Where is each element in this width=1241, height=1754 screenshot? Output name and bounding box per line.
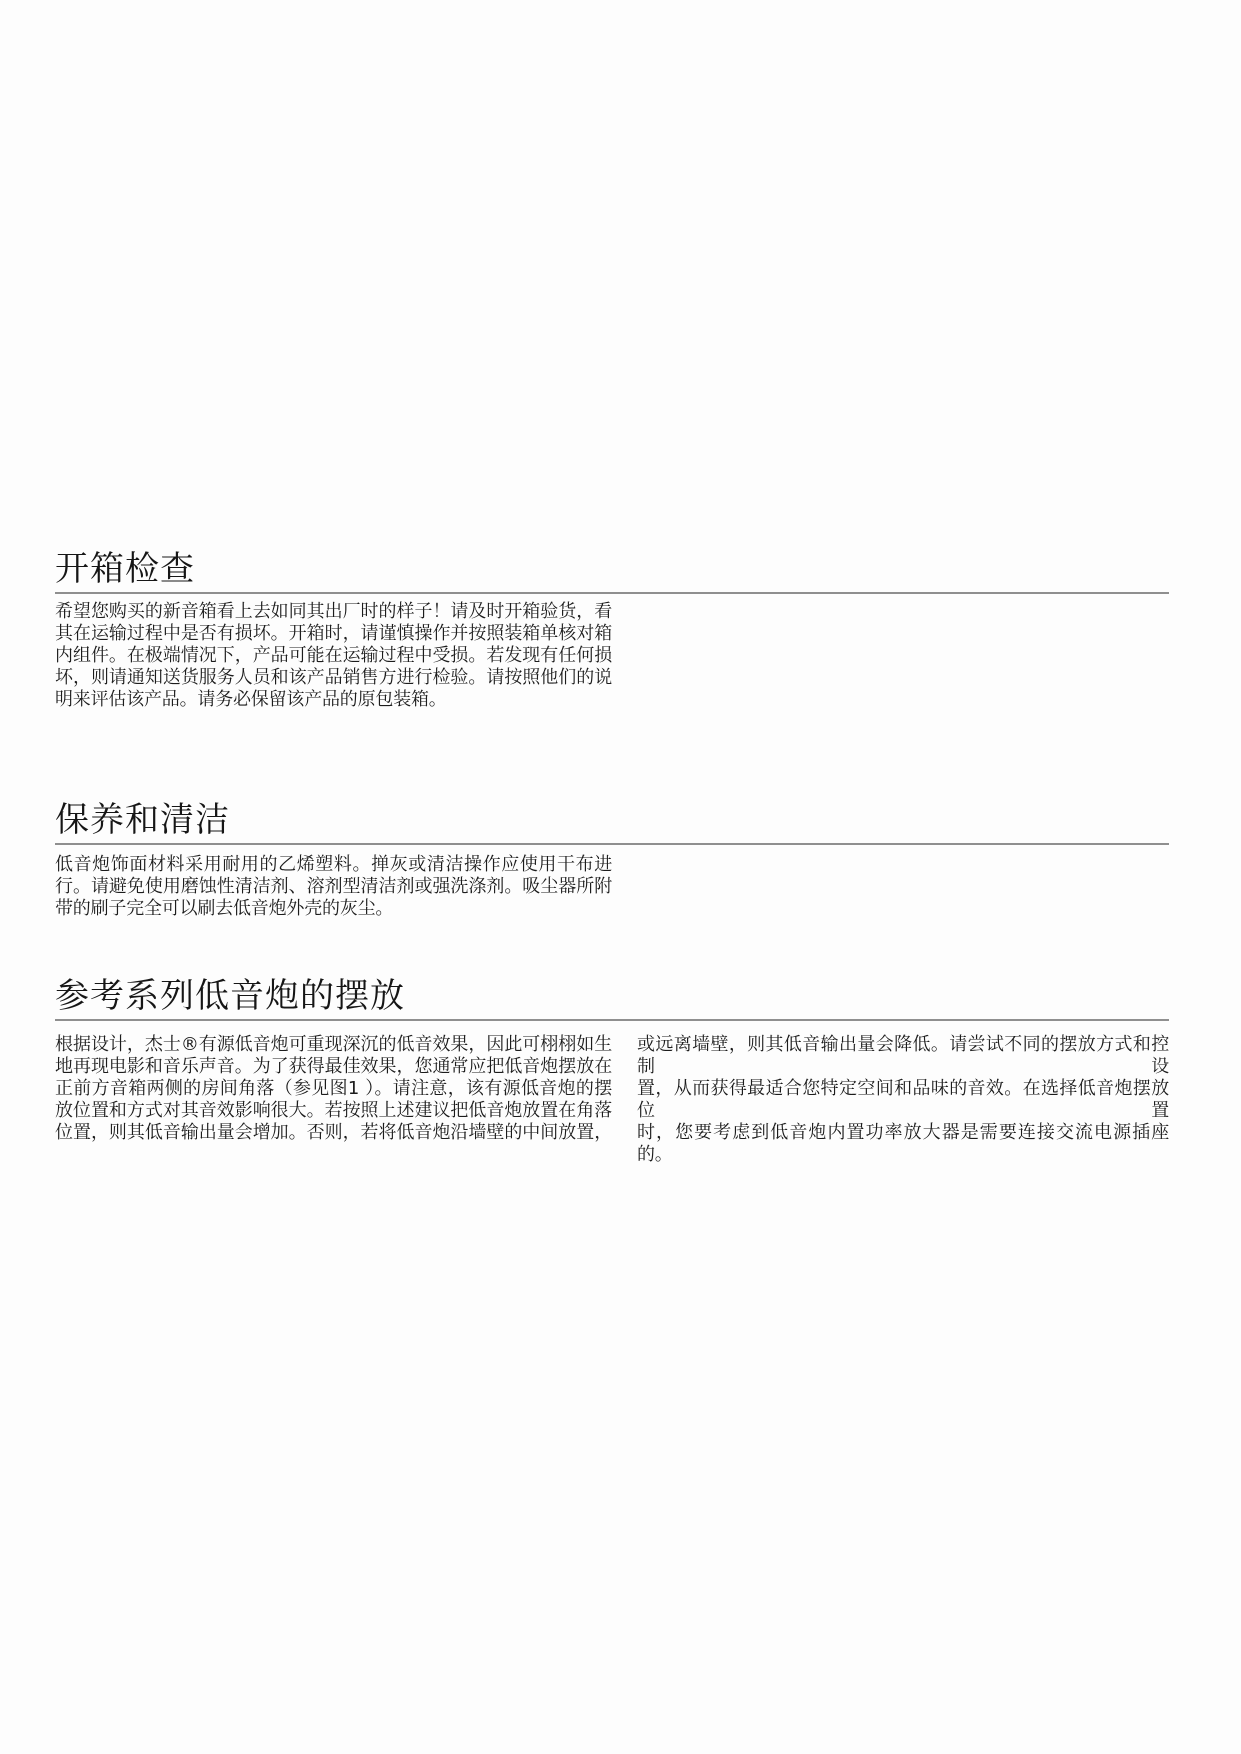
section-subwoofer-placement: 参考系列低音炮的摆放 根据设计，杰士®有源低音炮可重现深沉的低音效果，因此可栩栩… — [55, 976, 1169, 1166]
care-cleaning-paragraph: 低音炮饰面材料采用耐用的乙烯塑料。掸灰或清洁操作应使用干布进 行。请避免使用磨蚀… — [55, 854, 612, 920]
section-title-care-cleaning: 保养和清洁 — [55, 800, 1169, 845]
paragraph-line: 明来评估该产品。请务必保留该产品的原包装箱。 — [55, 689, 612, 711]
paragraph-line: 地再现电影和音乐声音。为了获得最佳效果，您通常应把低音炮摆放在 — [55, 1056, 612, 1078]
section-unpacking: 开箱检查 希望您购买的新音箱看上去如同其出厂时的样子！请及时开箱验货，看 其在运… — [55, 549, 1169, 711]
placement-left-column: 根据设计，杰士®有源低音炮可重现深沉的低音效果，因此可栩栩如生 地再现电影和音乐… — [55, 1034, 612, 1166]
paragraph-line: 时，您要考虑到低音炮内置功率放大器是需要连接交流电源插座的。 — [637, 1122, 1169, 1166]
paragraph-line: 置，从而获得最适合您特定空间和品味的音效。在选择低音炮摆放位置 — [637, 1078, 1169, 1122]
paragraph-line: 或远离墙壁，则其低音输出量会降低。请尝试不同的摆放方式和控制设 — [637, 1034, 1169, 1078]
paragraph-line: 正前方音箱两侧的房间角落（参见图1 ）。请注意，该有源低音炮的摆 — [55, 1078, 612, 1100]
section-care-cleaning: 保养和清洁 低音炮饰面材料采用耐用的乙烯塑料。掸灰或清洁操作应使用干布进 行。请… — [55, 800, 1169, 920]
paragraph-line: 带的刷子完全可以刷去低音炮外壳的灰尘。 — [55, 898, 612, 920]
paragraph-line: 坏，则请通知送货服务人员和该产品销售方进行检验。请按照他们的说 — [55, 667, 612, 689]
paragraph-line: 根据设计，杰士®有源低音炮可重现深沉的低音效果，因此可栩栩如生 — [55, 1034, 612, 1056]
paragraph-line: 内组件。在极端情况下，产品可能在运输过程中受损。若发现有任何损 — [55, 645, 612, 667]
paragraph-line: 放位置和方式对其音效影响很大。若按照上述建议把低音炮放置在角落 — [55, 1100, 612, 1122]
paragraph-line: 希望您购买的新音箱看上去如同其出厂时的样子！请及时开箱验货，看 — [55, 601, 612, 623]
section-title-unpacking: 开箱检查 — [55, 549, 1169, 594]
paragraph-line: 位置，则其低音输出量会增加。否则，若将低音炮沿墙壁的中间放置， — [55, 1122, 612, 1144]
section-title-subwoofer-placement: 参考系列低音炮的摆放 — [55, 976, 1169, 1021]
paragraph-line: 其在运输过程中是否有损坏。开箱时，请谨慎操作并按照装箱单核对箱 — [55, 623, 612, 645]
placement-two-column-text: 根据设计，杰士®有源低音炮可重现深沉的低音效果，因此可栩栩如生 地再现电影和音乐… — [55, 1034, 1169, 1166]
manual-page: 开箱检查 希望您购买的新音箱看上去如同其出厂时的样子！请及时开箱验货，看 其在运… — [0, 0, 1241, 1754]
paragraph-line: 行。请避免使用磨蚀性清洁剂、溶剂型清洁剂或强洗涤剂。吸尘器所附 — [55, 876, 612, 898]
paragraph-line: 低音炮饰面材料采用耐用的乙烯塑料。掸灰或清洁操作应使用干布进 — [55, 854, 612, 876]
placement-right-column: 或远离墙壁，则其低音输出量会降低。请尝试不同的摆放方式和控制设 置，从而获得最适… — [637, 1034, 1169, 1166]
unpacking-paragraph: 希望您购买的新音箱看上去如同其出厂时的样子！请及时开箱验货，看 其在运输过程中是… — [55, 601, 612, 711]
